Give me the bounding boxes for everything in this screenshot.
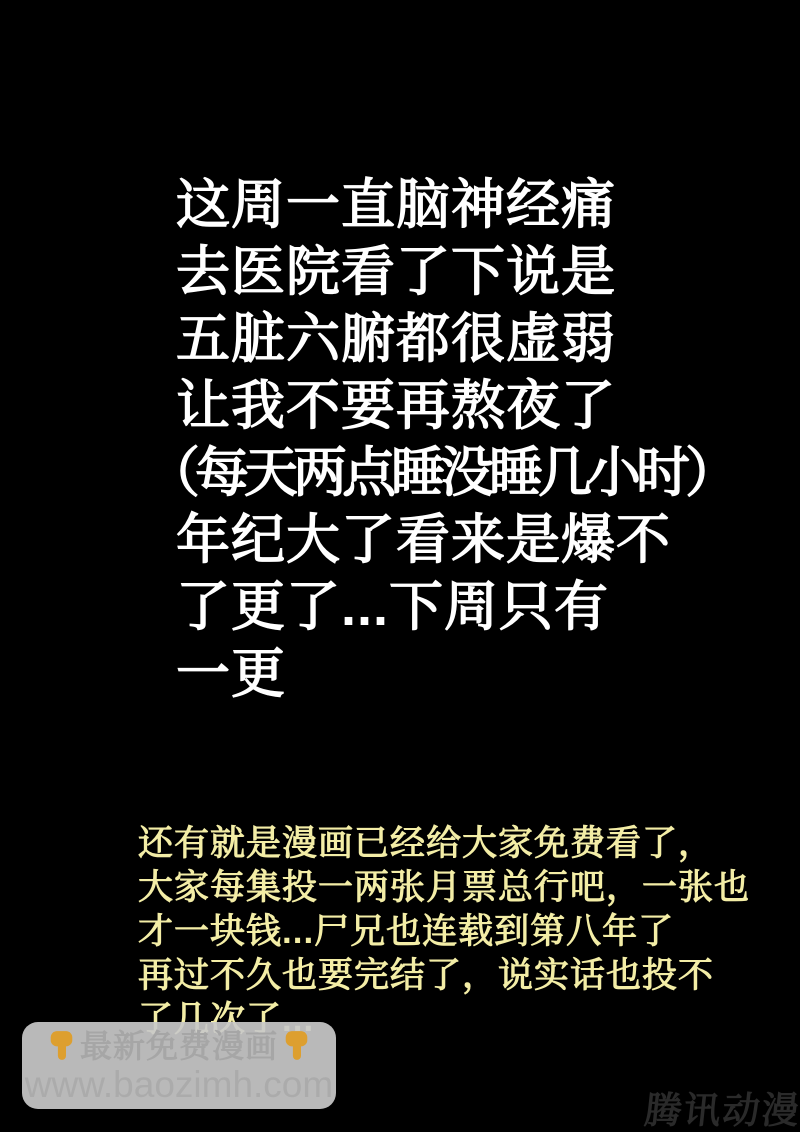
comic-page: 这周一直脑神经痛 去医院看了下说是 五脏六腑都很虚弱 让我不要再熬夜了 （每天两…	[0, 0, 800, 1132]
plea-line: 才一块钱...尸兄也连载到第八年了	[138, 910, 750, 954]
announcement-line: 了更了...下周只有	[176, 574, 734, 641]
vote-plea-text: 还有就是漫画已经给大家免费看了， 大家每集投一两张月票总行吧，一张也 才一块钱.…	[138, 822, 750, 1042]
watermark-url: www.baozimh.com	[25, 1064, 333, 1106]
plea-line: 大家每集投一两张月票总行吧，一张也	[138, 866, 750, 910]
pointing-down-hand-icon	[283, 1029, 310, 1062]
announcement-line: 年纪大了看来是爆不	[176, 507, 734, 574]
plea-line: 再过不久也要完结了，说实话也投不	[138, 954, 750, 998]
announcement-line: 五脏六腑都很虚弱	[176, 306, 734, 373]
announcement-line: 一更	[176, 641, 734, 708]
announcement-line: （每天两点睡没睡几小时）	[146, 440, 734, 507]
watermark-tagline-row: 最新免费漫画	[48, 1028, 310, 1064]
publisher-logo: 腾讯动漫	[642, 1080, 800, 1132]
watermark-tagline: 最新免费漫画	[80, 1028, 278, 1064]
announcement-line: 这周一直脑神经痛	[176, 172, 734, 239]
announcement-line: 去医院看了下说是	[176, 239, 734, 306]
author-announcement: 这周一直脑神经痛 去医院看了下说是 五脏六腑都很虚弱 让我不要再熬夜了 （每天两…	[176, 172, 734, 708]
plea-line: 还有就是漫画已经给大家免费看了，	[138, 822, 750, 866]
pointing-down-hand-icon	[48, 1029, 75, 1062]
site-watermark: 最新免费漫画 www.baozimh.com	[22, 1022, 336, 1109]
announcement-line: 让我不要再熬夜了	[176, 373, 734, 440]
